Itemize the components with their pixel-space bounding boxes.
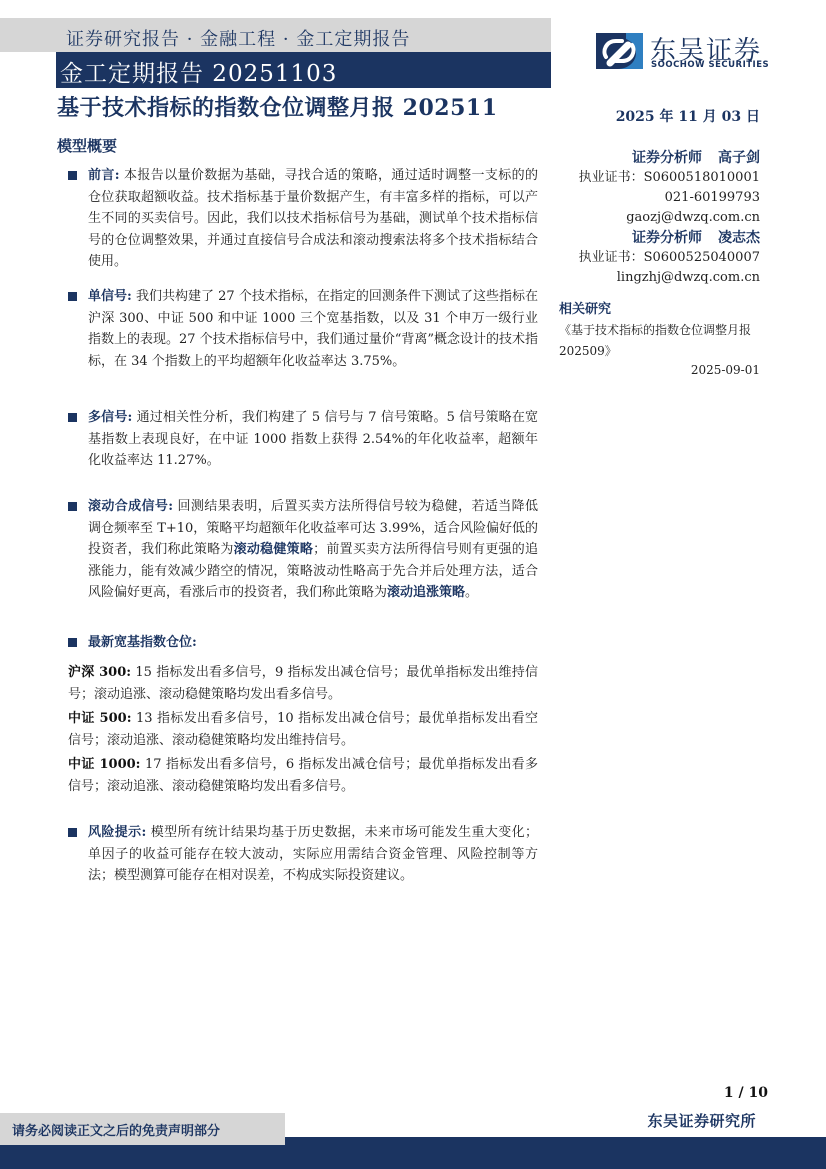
bullet-preface: 前言: 本报告以量价数据为基础，寻找合适的策略，通过适时调整一支标的的仓位获取超… — [68, 165, 538, 273]
bullet-square-icon — [68, 171, 77, 180]
bullet-text-c: 。 — [465, 585, 478, 600]
bullet-single-signal: 单信号: 我们共构建了 27 个技术指标，在指定的回测条件下测试了这些指标在沪深… — [68, 286, 538, 372]
strategy-chase-name: 滚动追涨策略 — [387, 585, 465, 600]
bullet-label: 前言: — [88, 168, 120, 183]
bullet-square-icon — [68, 638, 77, 647]
analyst-card-2: 证券分析师凌志杰 执业证书：S0600525040007 lingzhj@dwz… — [520, 228, 760, 288]
company-logo: 东吴证券 SOOCHOW SECURITIES — [596, 32, 768, 70]
position-csi500: 中证 500: 13 指标发出看多信号，10 指标发出减仓信号；最优单指标发出看… — [68, 708, 538, 751]
index-label: 沪深 300: — [68, 665, 131, 680]
bullet-text: 模型所有统计结果均基于历史数据，未来市场可能发生重大变化；单因子的收益可能存在较… — [88, 825, 538, 883]
analyst-card-1: 证券分析师高子剑 执业证书：S0600518010001 021-6019979… — [520, 148, 760, 228]
index-label: 中证 500: — [68, 711, 132, 726]
related-research-date: 2025-09-01 — [691, 363, 760, 377]
position-text: 15 指标发出看多信号，9 指标发出减仓信号；最优单指标发出维持信号；滚动追涨、… — [68, 665, 538, 702]
bullet-text: 我们共构建了 27 个技术指标，在指定的回测条件下测试了这些指标在沪深 300、… — [88, 289, 538, 369]
related-research-title: 相关研究 — [559, 298, 611, 317]
index-label: 中证 1000: — [68, 757, 140, 772]
bullet-rolling-signal: 滚动合成信号: 回测结果表明，后置买卖方法所得信号较为稳健，若适当降低调仓频率至… — [68, 496, 538, 604]
header-category-band: 证券研究报告 · 金融工程 · 金工定期报告 — [0, 18, 551, 52]
bullet-multi-signal: 多信号: 通过相关性分析，我们构建了 5 信号与 7 信号策略。5 信号策略在宽… — [68, 407, 538, 472]
analyst-license: 执业证书：S0600525040007 — [520, 248, 760, 268]
header-series-band: 金工定期报告 20251103 — [56, 52, 551, 88]
footer-disclaimer: 请务必阅读正文之后的免责声明部分 — [12, 1120, 220, 1139]
analyst-name: 高子剑 — [718, 150, 760, 166]
analyst-role-label: 证券分析师 — [632, 150, 702, 166]
position-hs300: 沪深 300: 15 指标发出看多信号，9 指标发出减仓信号；最优单指标发出维持… — [68, 662, 538, 705]
analyst-phone: 021-60199793 — [520, 188, 760, 208]
bullet-text: 本报告以量价数据为基础，寻找合适的策略，通过适时调整一支标的的仓位获取超额收益。… — [88, 168, 538, 269]
bullet-label: 最新宽基指数仓位: — [88, 635, 197, 650]
footer-disclaimer-band: 请务必阅读正文之后的免责声明部分 — [0, 1113, 285, 1145]
breadcrumb: 证券研究报告 · 金融工程 · 金工定期报告 — [66, 25, 410, 51]
report-title: 基于技术指标的指数仓位调整月报 202511 — [57, 91, 498, 122]
footer-firm-name: 东吴证券研究所 — [647, 1110, 756, 1131]
bullet-label: 滚动合成信号: — [88, 499, 173, 514]
analyst-name: 凌志杰 — [718, 230, 760, 246]
analyst-email[interactable]: lingzhj@dwzq.com.cn — [520, 268, 760, 288]
bullet-latest-positions: 最新宽基指数仓位: — [68, 632, 538, 654]
analyst-email[interactable]: gaozj@dwzq.com.cn — [520, 208, 760, 228]
bullet-square-icon — [68, 413, 77, 422]
bullet-square-icon — [68, 292, 77, 301]
bullet-square-icon — [68, 502, 77, 511]
report-series: 金工定期报告 20251103 — [60, 55, 337, 88]
analyst-role: 证券分析师凌志杰 — [520, 228, 760, 248]
bullet-square-icon — [68, 828, 77, 837]
section-title: 模型概要 — [57, 135, 117, 156]
page-number: 1 / 10 — [724, 1085, 768, 1101]
analyst-license: 执业证书：S0600518010001 — [520, 168, 760, 188]
position-text: 13 指标发出看多信号，10 指标发出减仓信号；最优单指标发出看空信号；滚动追涨… — [68, 711, 538, 748]
strategy-steady-name: 滚动稳健策略 — [234, 542, 313, 557]
logo-name-en: SOOCHOW SECURITIES — [651, 60, 769, 70]
related-research-link[interactable]: 《基于技术指标的指数仓位调整月报 202509》 — [559, 320, 764, 362]
bullet-label: 风险提示: — [88, 825, 146, 840]
analyst-role: 证券分析师高子剑 — [520, 148, 760, 168]
bullet-label: 单信号: — [88, 289, 132, 304]
bullet-text: 通过相关性分析，我们构建了 5 信号与 7 信号策略。5 信号策略在宽基指数上表… — [88, 410, 538, 468]
bullet-label: 多信号: — [88, 410, 132, 425]
position-csi1000: 中证 1000: 17 指标发出看多信号，6 指标发出减仓信号；最优单指标发出看… — [68, 754, 538, 797]
bullet-risk: 风险提示: 模型所有统计结果均基于历史数据，未来市场可能发生重大变化；单因子的收… — [68, 822, 538, 887]
analyst-role-label: 证券分析师 — [632, 230, 702, 246]
report-date: 2025 年 11 月 03 日 — [616, 106, 760, 126]
soochow-logo-icon — [596, 33, 643, 69]
